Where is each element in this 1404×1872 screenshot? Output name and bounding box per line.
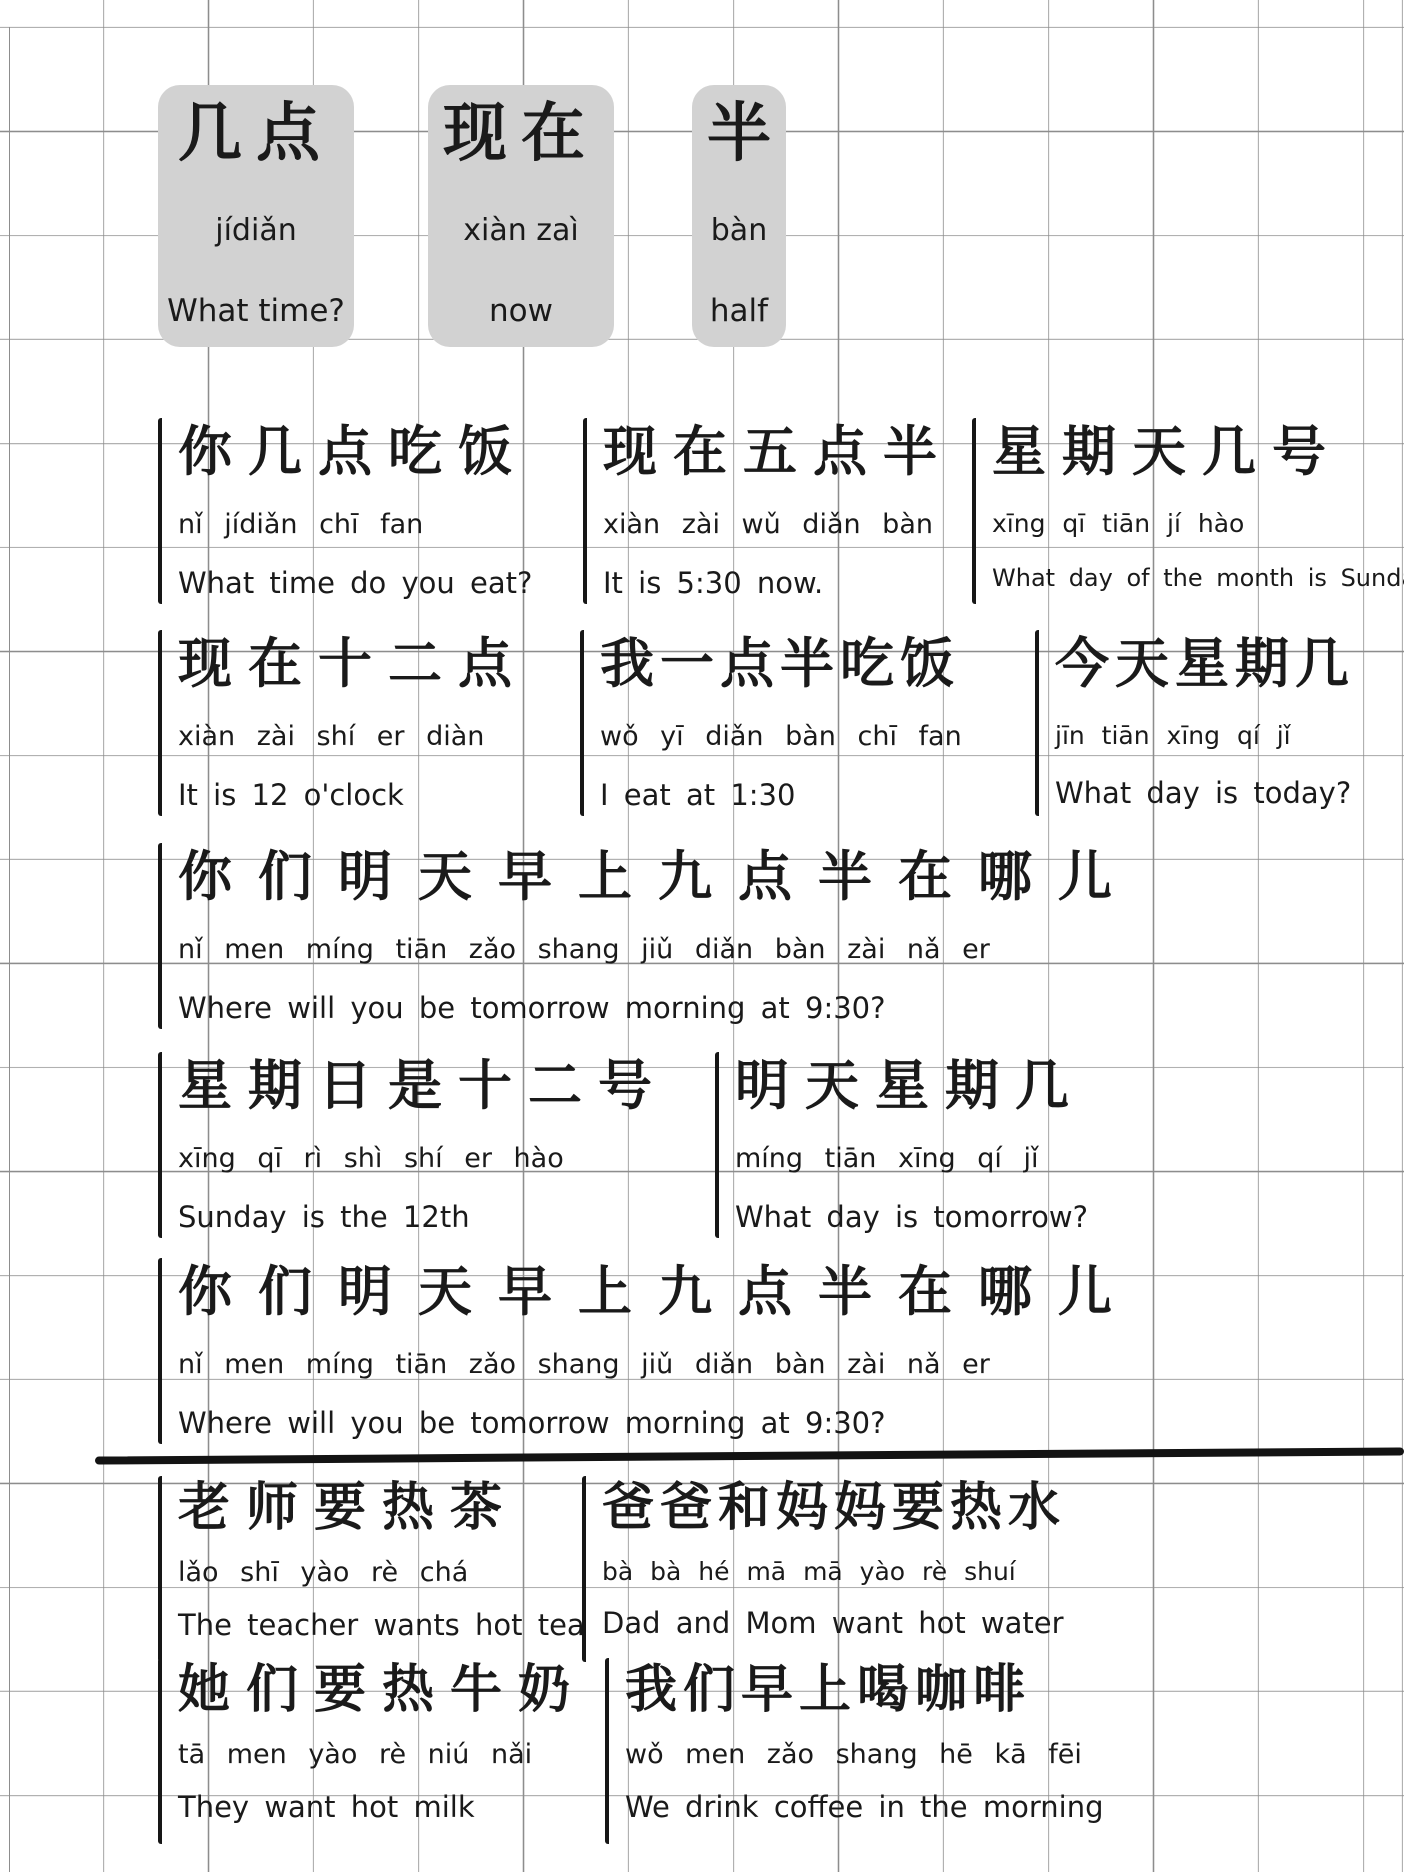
english-text: It is 5:30 now. — [603, 566, 969, 600]
sentence-cell: 你们明天早上九点半在哪儿 nǐ men míng tiān zǎo shang … — [158, 1258, 1402, 1444]
pinyin-text: bàn — [711, 213, 767, 248]
pinyin-text: nǐ jídiǎn chī fan — [178, 509, 576, 540]
hanzi-text: 你几点吃饭 — [178, 422, 576, 481]
hanzi-text: 明天星期几 — [735, 1056, 1235, 1115]
english-text: What day of the month is Sunday? — [992, 564, 1402, 592]
sentence-cell: 现在五点半 xiàn zài wǔ diǎn bàn It is 5:30 no… — [583, 418, 969, 604]
sentence-cell: 今天星期几 jīn tiān xīng qí jǐ What day is to… — [1035, 630, 1402, 816]
hanzi-text: 半 — [707, 101, 771, 168]
hanzi-text: 现在 — [443, 101, 599, 168]
hanzi-text: 星期天几号 — [992, 422, 1402, 481]
vocab-card-ban: 半 bàn half — [692, 85, 786, 347]
sentence-cell: 星期天几号 xīng qī tiān jí hào What day of th… — [972, 418, 1402, 604]
vocab-card-xianzai: 现在 xiàn zaì now — [428, 85, 614, 347]
pinyin-text: tā men yào rè niú nǎi — [178, 1739, 598, 1770]
grid-edge-line — [9, 27, 10, 1872]
hanzi-text: 星期日是十二号 — [178, 1056, 710, 1115]
sentence-cell: 现在十二点 xiàn zài shí er diàn It is 12 o'cl… — [158, 630, 576, 816]
english-text: Sunday is the 12th — [178, 1200, 710, 1234]
vocab-card-jidian: 几点 jídiǎn What time? — [158, 85, 354, 347]
pinyin-text: bà bà hé mā mā yào rè shuí — [602, 1557, 1142, 1586]
hanzi-text: 你们明天早上九点半在哪儿 — [178, 1262, 1402, 1321]
english-text: Where will you be tomorrow morning at 9:… — [178, 1406, 1402, 1440]
pinyin-text: xiàn zài wǔ diǎn bàn — [603, 509, 969, 540]
english-text: The teacher wants hot tea — [178, 1608, 578, 1642]
sentence-cell: 爸爸和妈妈要热水 bà bà hé mā mā yào rè shuí Dad … — [582, 1476, 1142, 1662]
sentence-cell: 你们明天早上九点半在哪儿 nǐ men míng tiān zǎo shang … — [158, 843, 1402, 1029]
notebook-page: 几点 jídiǎn What time? 现在 xiàn zaì now 半 b… — [0, 0, 1404, 1872]
sentence-cell: 我们早上喝咖啡 wǒ men zǎo shang hē kā fēi We dr… — [605, 1658, 1165, 1844]
hanzi-text: 你们明天早上九点半在哪儿 — [178, 847, 1402, 906]
pinyin-text: nǐ men míng tiān zǎo shang jiǔ diǎn bàn … — [178, 1349, 1402, 1380]
pinyin-text: nǐ men míng tiān zǎo shang jiǔ diǎn bàn … — [178, 934, 1402, 965]
hanzi-text: 爸爸和妈妈要热水 — [602, 1480, 1142, 1537]
pinyin-text: xiàn zài shí er diàn — [178, 721, 576, 752]
pinyin-text: wǒ men zǎo shang hē kā fēi — [625, 1739, 1165, 1770]
sentence-cell: 明天星期几 míng tiān xīng qí jǐ What day is t… — [715, 1052, 1235, 1238]
section-divider-line — [95, 1447, 1404, 1464]
pinyin-text: wǒ yī diǎn bàn chī fan — [600, 721, 1032, 752]
hanzi-text: 老师要热茶 — [178, 1480, 578, 1537]
hanzi-text: 现在十二点 — [178, 634, 576, 693]
english-text: They want hot milk — [178, 1790, 598, 1824]
pinyin-text: míng tiān xīng qí jǐ — [735, 1143, 1235, 1174]
english-text: Dad and Mom want hot water — [602, 1606, 1142, 1640]
english-text: We drink coffee in the morning — [625, 1790, 1165, 1824]
pinyin-text: xīng qī rì shì shí er hào — [178, 1143, 710, 1174]
english-text: What day is today? — [1055, 776, 1402, 810]
sentence-cell: 你几点吃饭 nǐ jídiǎn chī fan What time do you… — [158, 418, 576, 604]
english-text: It is 12 o'clock — [178, 778, 576, 812]
pinyin-text: jídiǎn — [215, 213, 296, 248]
pinyin-text: lǎo shī yào rè chá — [178, 1557, 578, 1588]
english-text: What time? — [167, 293, 345, 329]
sentence-cell: 老师要热茶 lǎo shī yào rè chá The teacher wan… — [158, 1476, 578, 1662]
pinyin-text: jīn tiān xīng qí jǐ — [1055, 721, 1402, 750]
sentence-cell: 她们要热牛奶 tā men yào rè niú nǎi They want h… — [158, 1658, 598, 1844]
pinyin-text: xīng qī tiān jí hào — [992, 509, 1402, 538]
hanzi-text: 现在五点半 — [603, 422, 969, 481]
english-text: half — [710, 293, 768, 329]
hanzi-text: 她们要热牛奶 — [178, 1662, 598, 1719]
english-text: Where will you be tomorrow morning at 9:… — [178, 991, 1402, 1025]
hanzi-text: 今天星期几 — [1055, 634, 1402, 693]
sentence-cell: 我一点半吃饭 wǒ yī diǎn bàn chī fan I eat at 1… — [580, 630, 1032, 816]
hanzi-text: 几点 — [178, 101, 334, 168]
english-text: What time do you eat? — [178, 566, 576, 600]
hanzi-text: 我一点半吃饭 — [600, 634, 1032, 693]
english-text: now — [489, 293, 553, 329]
english-text: I eat at 1:30 — [600, 778, 1032, 812]
sentence-cell: 星期日是十二号 xīng qī rì shì shí er hào Sunday… — [158, 1052, 710, 1238]
pinyin-text: xiàn zaì — [463, 213, 579, 248]
english-text: What day is tomorrow? — [735, 1200, 1235, 1234]
hanzi-text: 我们早上喝咖啡 — [625, 1662, 1165, 1719]
